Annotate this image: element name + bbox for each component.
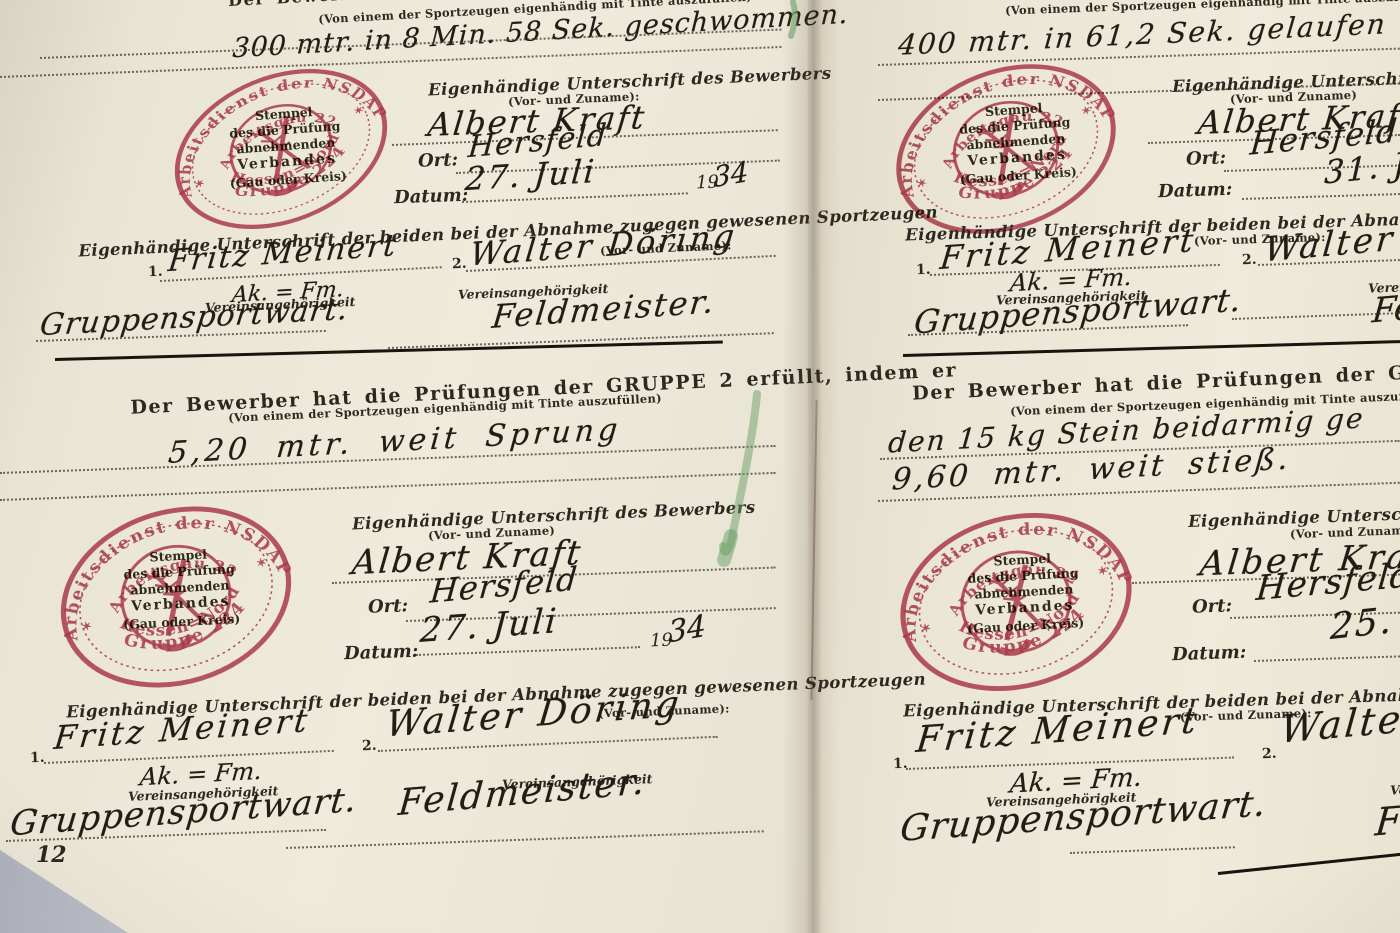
datum-label: Datum: [1172,642,1247,666]
witness1-number: 1. [30,750,45,767]
document-photo: Der Bewerber hat (Von einem der Sportzeu… [0,0,1400,933]
ort-label: Ort: [418,149,459,171]
ort-label: Ort: [1192,595,1233,617]
witness1-number: 1. [916,262,931,279]
witness2-number: 2. [362,738,377,755]
booklet-fold-shadow [782,0,840,933]
datum-label: Datum: [1158,179,1233,203]
ort-label: Ort: [1186,147,1227,169]
page-number: 12 [36,842,67,868]
stamp-printed-caption: Stempel des die Prüfung abnehmenden Verb… [195,100,376,194]
witness1-number: 1. [148,264,163,281]
datum-label: Datum: [344,641,419,665]
svg-text:✶: ✶ [919,620,933,636]
stamp-printed-caption: Stempel des die Prüfung abnehmenden Verb… [925,96,1106,190]
stamp-printed-caption: Stempel des die Prüfung abnehmenden Verb… [934,547,1114,638]
witness2-number: 2. [1262,746,1277,763]
stamp-printed-caption: Stempel des die Prüfung abnehmenden Verb… [90,543,270,634]
witness2-number: 2. [452,256,467,273]
ort-label: Ort: [368,595,409,617]
witness2-number: 2. [1242,252,1257,269]
year-handwriting: 34 [713,155,749,194]
year-handwriting: 34 [668,609,707,651]
svg-text:✶: ✶ [915,175,929,191]
datum-label: Datum: [394,185,469,209]
